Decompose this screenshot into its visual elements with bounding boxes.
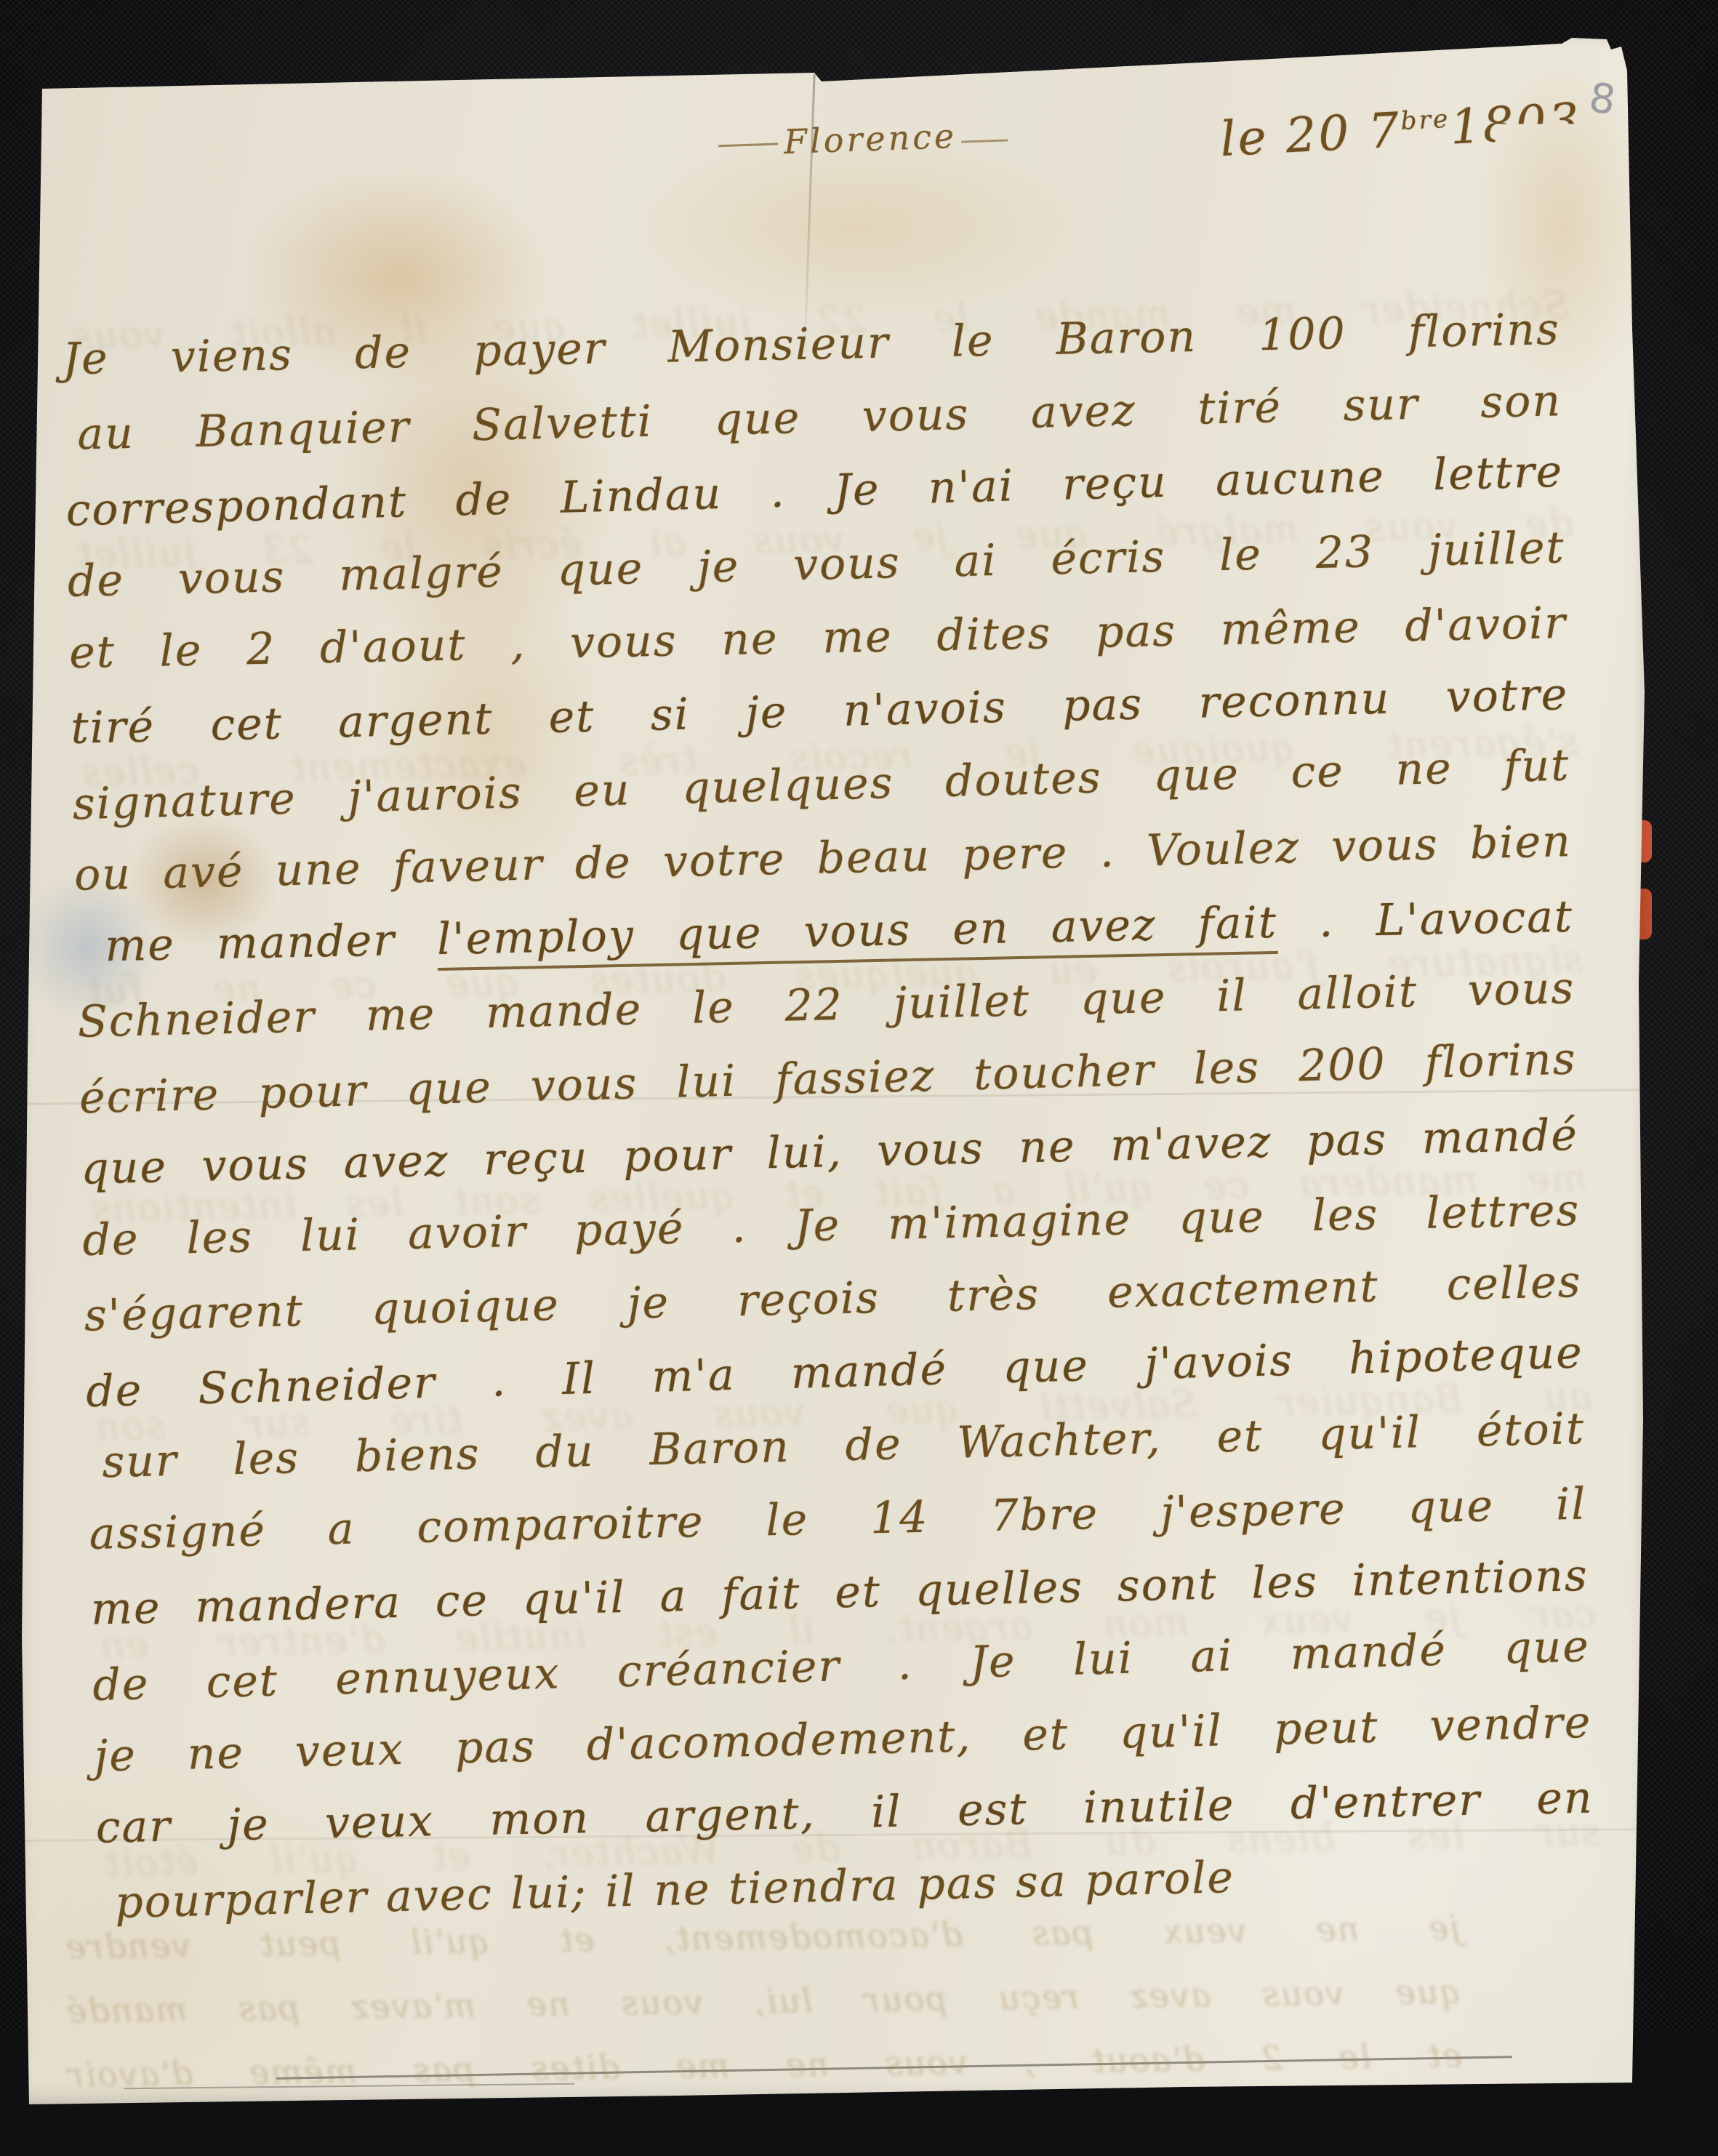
letter-body: Je viens de payer Monsieur le Baron 100 … <box>62 291 1596 1940</box>
corner-pencil-mark <box>1637 31 1658 55</box>
line-post: . L'avocat <box>1277 891 1573 948</box>
bottom-edge-line <box>124 2083 574 2089</box>
date-article: le <box>1219 109 1269 167</box>
dateline-date: le 20 7bre1803 <box>1219 89 1642 167</box>
date-day: 20 <box>1284 105 1352 164</box>
date-month-suffix: bre <box>1400 105 1451 136</box>
line-pre: me mander <box>105 914 438 971</box>
bleedthrough-line: et le 2 d'aout , vous ne me dites pas mê… <box>66 2024 1463 2107</box>
letter-sheet: 8 Florence le 20 7bre1803 Schneider me m… <box>22 38 1650 2107</box>
photo-backdrop: 8 Florence le 20 7bre1803 Schneider me m… <box>0 0 1718 2156</box>
bleedthrough-line: que vous avez reçu pour lui, vous ne m'a… <box>65 1960 1461 2043</box>
dateline-place: Florence <box>783 116 958 161</box>
underlined-phrase: l'employ que vous en avez fait <box>436 897 1277 971</box>
date-year: 1803 <box>1449 92 1583 155</box>
bottom-edge-line <box>276 2056 1512 2080</box>
date-month-numeral: 7 <box>1367 102 1402 159</box>
